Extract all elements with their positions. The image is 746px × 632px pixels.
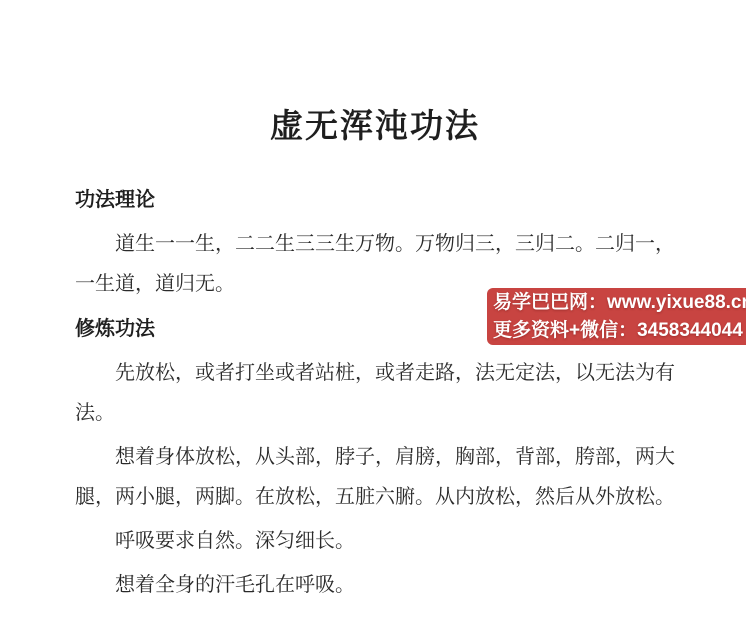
watermark-contact-line: 更多资料+微信：3458344044 (493, 317, 746, 345)
document-title: 虚无浑沌功法 (75, 104, 675, 150)
section-heading-theory: 功法理论 (75, 180, 675, 220)
paragraph: 想着全身的汗毛孔在呼吸。 (75, 565, 675, 605)
paragraph: 呼吸要求自然。深匀细长。 (75, 521, 675, 561)
section-practice: 修炼功法 先放松，或者打坐或者站桩，或者走路，法无定法，以无法为有法。 想着身体… (75, 309, 675, 605)
section-theory: 功法理论 道生一一生，二二生三三生万物。万物归三，三归二。二归一，一生道，道归无… (75, 180, 675, 304)
paragraph: 想着身体放松，从头部，脖子，肩膀，胸部，背部，胯部，两大腿，两小腿，两脚。在放松… (75, 437, 675, 517)
watermark-site-line: 易学巴巴网：www.yixue88.cn (493, 289, 746, 317)
watermark-banner: 易学巴巴网：www.yixue88.cn 更多资料+微信：3458344044 (487, 288, 746, 345)
paragraph: 先放松，或者打坐或者站桩，或者走路，法无定法，以无法为有法。 (75, 353, 675, 433)
